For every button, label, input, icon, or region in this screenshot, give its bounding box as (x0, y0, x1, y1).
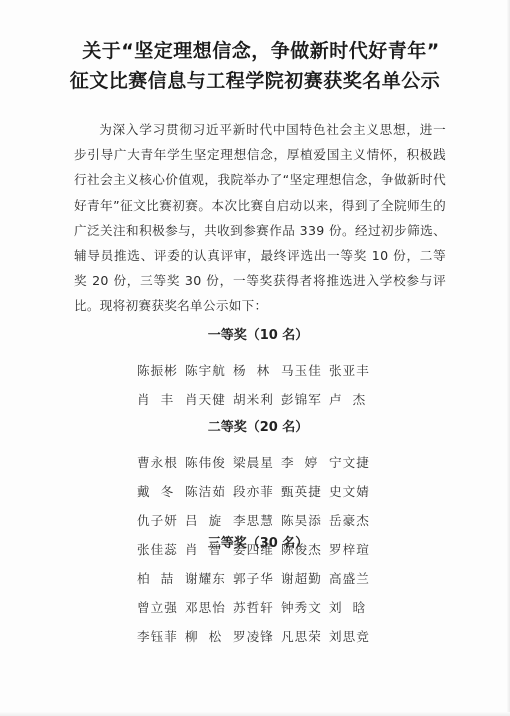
name-row: 肖 丰 肖天健 胡米利 彭锦军 卢 杰 (137, 384, 397, 413)
winner-name: 罗凌锋 (233, 626, 281, 645)
winner-name: 杨 林 (233, 360, 281, 379)
winner-name: 郭子华 (233, 568, 281, 587)
name-list: 柏 喆 谢耀东 郭子华 谢超勤 高盛兰 曾立强 邓思怡 苏哲轩 钟秀文 刘 晗 … (137, 563, 397, 650)
winner-name: 段亦菲 (233, 481, 281, 500)
scan-edge (0, 712, 510, 716)
winner-name: 谢耀东 (185, 568, 233, 587)
winner-name: 苏哲轩 (233, 597, 281, 616)
winner-name: 李 婷 (281, 452, 329, 471)
section-heading: 三等奖（30 名） (0, 534, 510, 554)
name-row: 柏 喆 谢耀东 郭子华 谢超勤 高盛兰 (137, 563, 397, 592)
winner-name: 李思慧 (233, 510, 281, 529)
winner-name: 柏 喆 (137, 568, 185, 587)
winner-name: 陈洁茹 (185, 481, 233, 500)
winner-name: 陈昊添 (281, 510, 329, 529)
name-list: 陈振彬 陈宇航 杨 林 马玉佳 张亚丰 肖 丰 肖天健 胡米利 彭锦军 卢 杰 (137, 355, 397, 413)
winner-name: 卢 杰 (329, 389, 377, 408)
winner-name: 岳豪杰 (329, 510, 377, 529)
name-row: 曾立强 邓思怡 苏哲轩 钟秀文 刘 晗 (137, 592, 397, 621)
first-prize-section: 一等奖（10 名） 陈振彬 陈宇航 杨 林 马玉佳 张亚丰 肖 丰 肖天健 胡米… (0, 326, 510, 413)
name-row: 曹永根 陈伟俊 梁晨星 李 婷 宁文捷 (137, 447, 397, 476)
winner-name: 李钰菲 (137, 626, 185, 645)
winner-name: 肖 丰 (137, 389, 185, 408)
name-row: 陈振彬 陈宇航 杨 林 马玉佳 张亚丰 (137, 355, 397, 384)
winner-name: 仇子妍 (137, 510, 185, 529)
document-page: 关于“坚定理想信念，争做新时代好青年” 征文比赛信息与工程学院初赛获奖名单公示 … (0, 0, 510, 716)
winner-name: 陈伟俊 (185, 452, 233, 471)
page-title: 关于“坚定理想信念，争做新时代好青年” 征文比赛信息与工程学院初赛获奖名单公示 (0, 36, 510, 96)
winner-name: 马玉佳 (281, 360, 329, 379)
title-line-1: 关于“坚定理想信念，争做新时代好青年” (0, 36, 510, 66)
winner-name: 梁晨星 (233, 452, 281, 471)
intro-paragraph: 为深入学习贯彻习近平新时代中国特色社会主义思想，进一步引导广大青年学生坚定理想信… (74, 117, 446, 319)
winner-name: 吕 旋 (185, 510, 233, 529)
winner-name: 高盛兰 (329, 568, 377, 587)
winner-name: 曾立强 (137, 597, 185, 616)
section-heading: 二等奖（20 名） (0, 418, 510, 438)
winner-name: 刘 晗 (329, 597, 377, 616)
winner-name: 谢超勤 (281, 568, 329, 587)
winner-name: 彭锦军 (281, 389, 329, 408)
winner-name: 柳 松 (185, 626, 233, 645)
winner-name: 陈宇航 (185, 360, 233, 379)
winner-name: 肖天健 (185, 389, 233, 408)
winner-name: 张亚丰 (329, 360, 377, 379)
winner-name: 陈振彬 (137, 360, 185, 379)
winner-name: 史文婧 (329, 481, 377, 500)
winner-name: 凡思荣 (281, 626, 329, 645)
name-row: 李钰菲 柳 松 罗凌锋 凡思荣 刘思竞 (137, 621, 397, 650)
third-prize-section: 三等奖（30 名） 柏 喆 谢耀东 郭子华 谢超勤 高盛兰 曾立强 邓思怡 苏哲… (0, 534, 510, 650)
name-row: 仇子妍 吕 旋 李思慧 陈昊添 岳豪杰 (137, 505, 397, 534)
winner-name: 甄英捷 (281, 481, 329, 500)
section-heading: 一等奖（10 名） (0, 326, 510, 346)
name-row: 戴 冬 陈洁茹 段亦菲 甄英捷 史文婧 (137, 476, 397, 505)
winner-name: 邓思怡 (185, 597, 233, 616)
title-line-2: 征文比赛信息与工程学院初赛获奖名单公示 (0, 66, 510, 96)
winner-name: 宁文捷 (329, 452, 377, 471)
winner-name: 曹永根 (137, 452, 185, 471)
winner-name: 钟秀文 (281, 597, 329, 616)
winner-name: 胡米利 (233, 389, 281, 408)
winner-name: 刘思竞 (329, 626, 377, 645)
winner-name: 戴 冬 (137, 481, 185, 500)
